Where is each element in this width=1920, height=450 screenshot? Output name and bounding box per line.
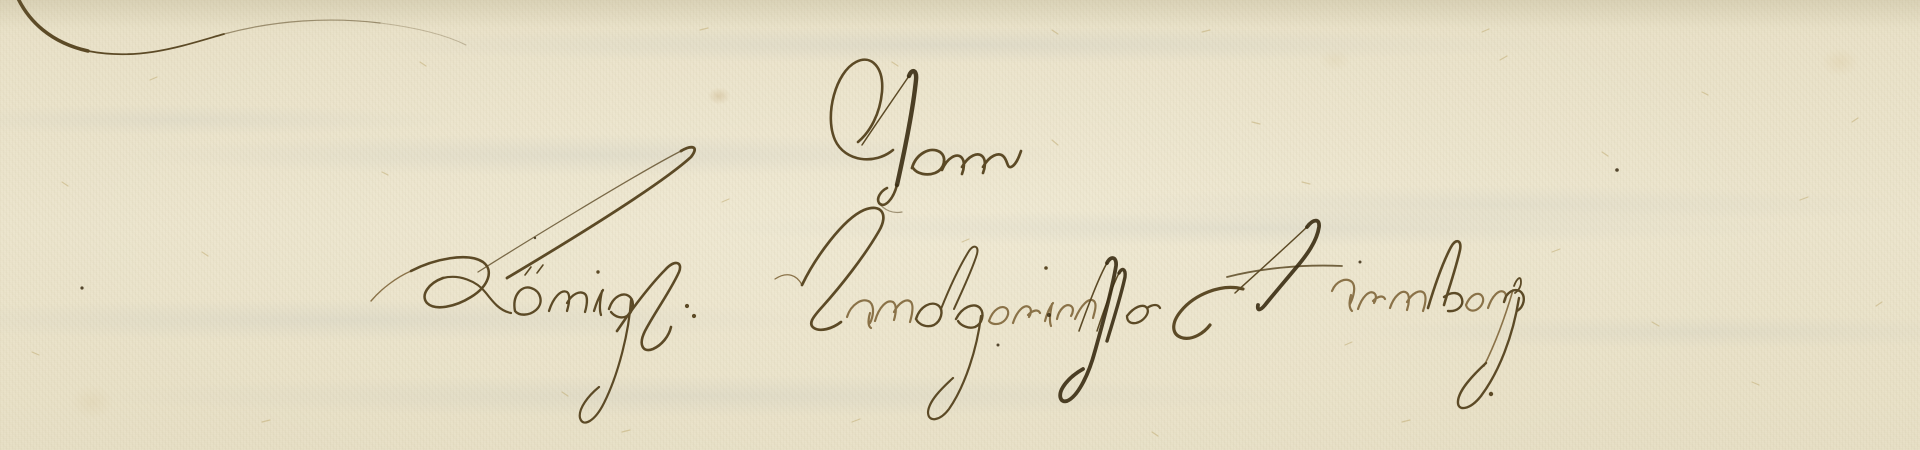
paper-stains-vignette <box>0 0 1920 450</box>
manuscript-scan: Vom Königl. <box>0 0 1920 450</box>
